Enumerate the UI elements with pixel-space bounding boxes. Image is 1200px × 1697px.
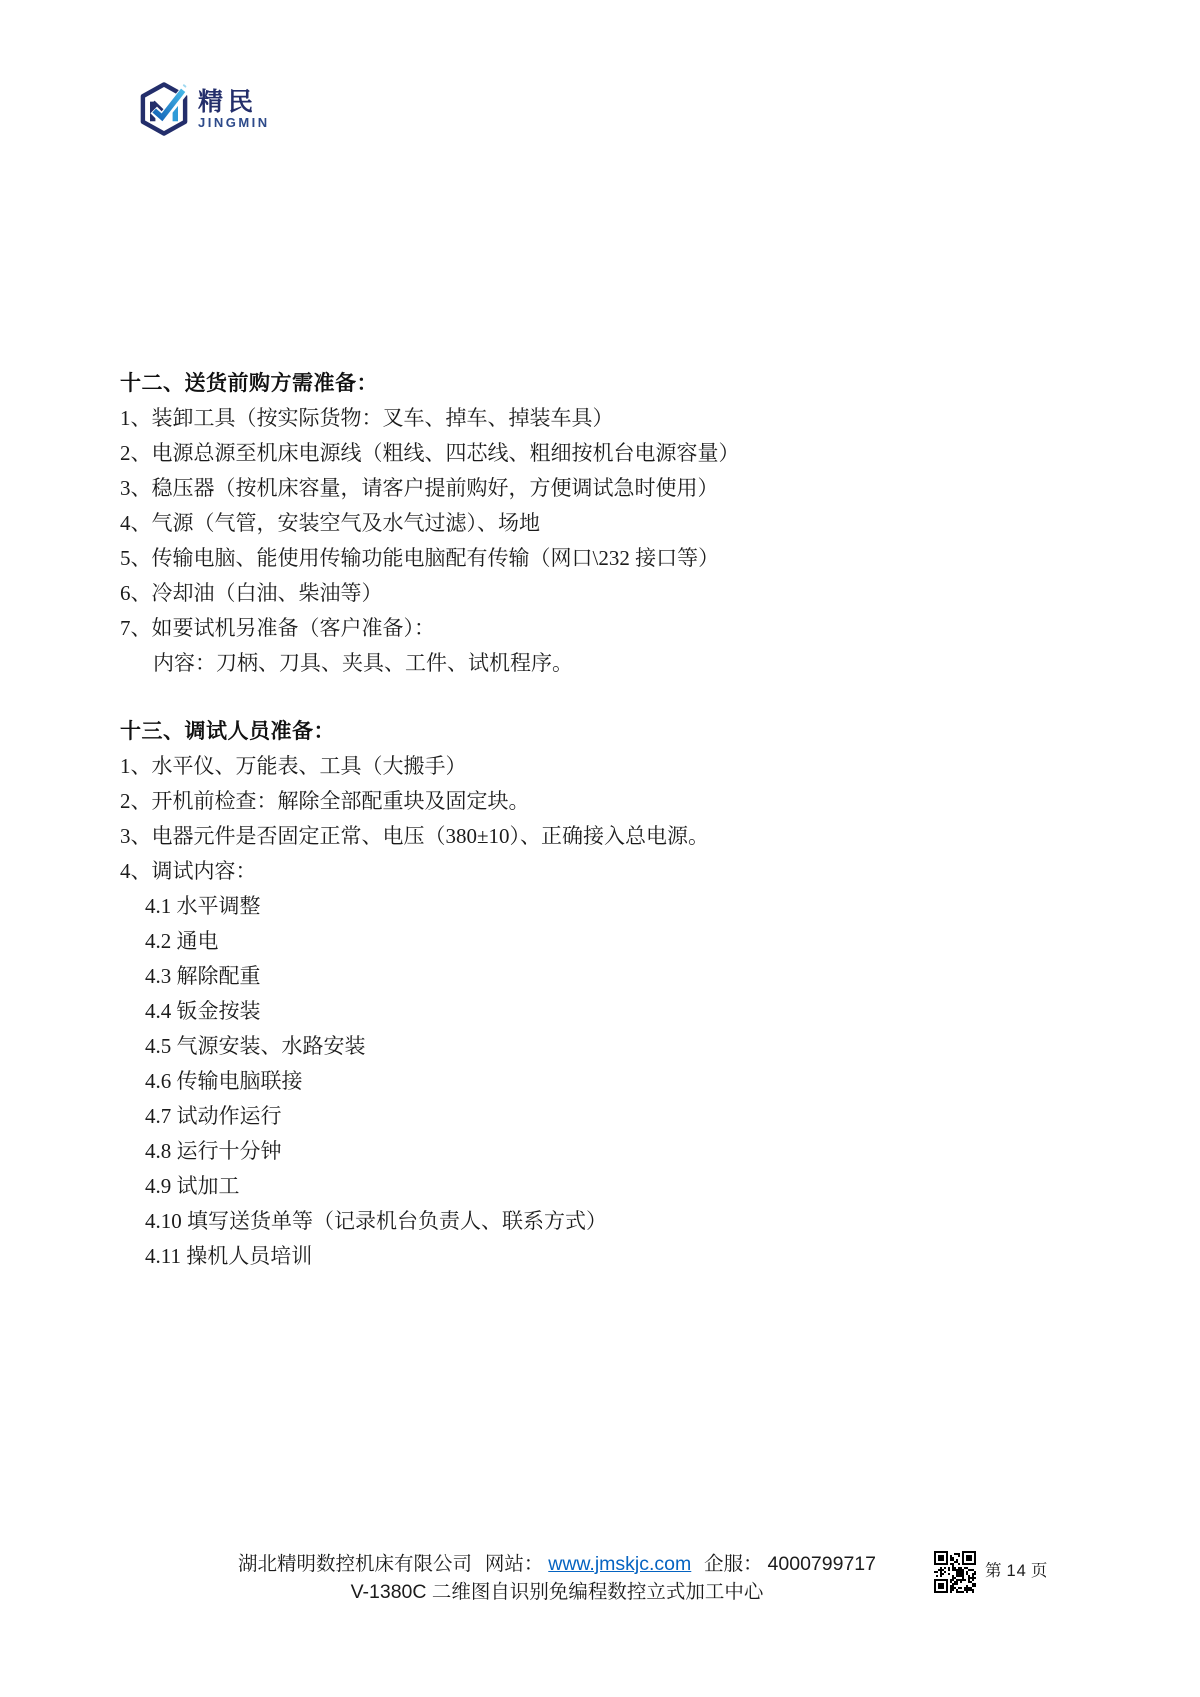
sub-list-item: 4.4 钣金按装 — [120, 994, 1090, 1029]
page-number-value: 14 — [1003, 1562, 1031, 1580]
list-item: 3、稳压器（按机床容量，请客户提前购好，方便调试急时使用） — [120, 471, 1090, 506]
logo-text: 精民 JINGMIN — [198, 89, 270, 130]
list-item-detail: 内容：刀柄、刀具、夹具、工件、试机程序。 — [120, 646, 1090, 681]
list-item: 2、电源总源至机床电源线（粗线、四芯线、粗细按机台电源容量） — [120, 436, 1090, 471]
section-gap — [120, 681, 1090, 714]
document-body: 十二、送货前购方需准备： 1、装卸工具（按实际货物：叉车、掉车、掉装车具） 2、… — [120, 366, 1090, 1274]
logo-hexagon-icon — [139, 82, 189, 136]
page-number: 第14页 — [985, 1557, 1048, 1581]
sub-list-item: 4.6 传输电脑联接 — [120, 1064, 1090, 1099]
list-item: 6、冷却油（白油、柴油等） — [120, 576, 1090, 611]
list-item: 4、气源（气管，安装空气及水气过滤）、场地 — [120, 506, 1090, 541]
section-12-heading: 十二、送货前购方需准备： — [120, 366, 1090, 401]
sub-list-item: 4.10 填写送货单等（记录机台负责人、联系方式） — [120, 1204, 1090, 1239]
section-13-heading: 十三、调试人员准备： — [120, 714, 1090, 749]
logo-name-cn: 精民 — [198, 89, 270, 115]
list-item: 7、如要试机另准备（客户准备）： — [120, 611, 1090, 646]
list-item: 3、电器元件是否固定正常、电压（380±10）、正确接入总电源。 — [120, 819, 1090, 854]
footer-website-label: 网站： — [485, 1554, 544, 1575]
sub-list-item: 4.7 试动作运行 — [120, 1099, 1090, 1134]
list-item: 2、开机前检查：解除全部配重块及固定块。 — [120, 784, 1090, 819]
qr-code — [934, 1551, 976, 1593]
page-number-prefix: 第 — [985, 1561, 1003, 1580]
list-item: 1、装卸工具（按实际货物：叉车、掉车、掉装车具） — [120, 401, 1090, 436]
logo-name-en: JINGMIN — [198, 115, 270, 130]
sub-list-item: 4.9 试加工 — [120, 1169, 1090, 1204]
sub-list-item: 4.11 操机人员培训 — [120, 1239, 1090, 1274]
sub-list-item: 4.5 气源安装、水路安装 — [120, 1029, 1090, 1064]
sub-list-item: 4.1 水平调整 — [120, 889, 1090, 924]
sub-list-item: 4.2 通电 — [120, 924, 1090, 959]
footer-website-link[interactable]: www.jmskjc.com — [548, 1553, 691, 1575]
page-number-suffix: 页 — [1031, 1561, 1049, 1580]
sub-list-item: 4.8 运行十分钟 — [120, 1134, 1090, 1169]
list-item: 1、水平仪、万能表、工具（大搬手） — [120, 749, 1090, 784]
document-page: 精民 JINGMIN 十二、送货前购方需准备： 1、装卸工具（按实际货物：叉车、… — [0, 0, 1200, 1697]
company-logo: 精民 JINGMIN — [139, 82, 270, 136]
sub-list-item: 4.3 解除配重 — [120, 959, 1090, 994]
list-item: 5、传输电脑、能使用传输功能电脑配有传输（网口\232 接口等） — [120, 541, 1090, 576]
footer-service-label: 企服： — [704, 1554, 763, 1575]
footer-service-phone: 4000799717 — [768, 1553, 876, 1575]
list-item: 4、调试内容： — [120, 854, 1090, 889]
footer-company: 湖北精明数控机床有限公司 — [238, 1554, 472, 1575]
